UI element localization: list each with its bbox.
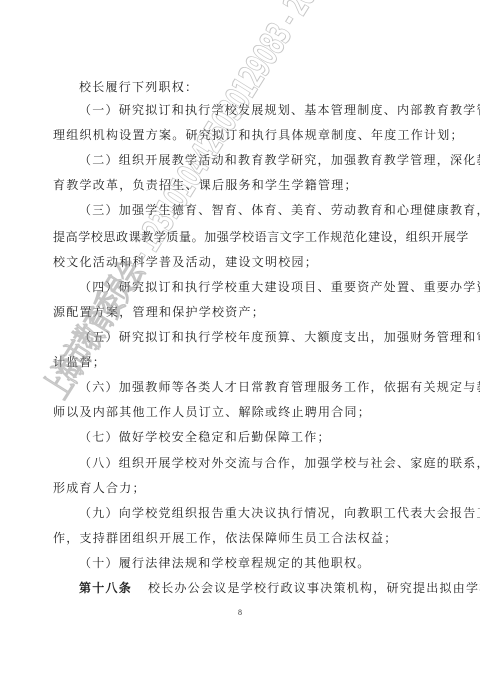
article-number: 第十八条 <box>79 581 132 595</box>
paragraph-line: （五）研究拟订和执行学校年度预算、大额度支出，加强财务管理和审 <box>79 328 480 346</box>
document-page: 校长履行下列职权： （一）研究拟订和执行学校发展规划、基本管理制度、内部教育教学… <box>0 0 480 679</box>
paragraph-line: （四）研究拟订和执行学校重大建设项目、重要资产处置、重要办学资 <box>79 278 480 296</box>
paragraph-line: 作，支持群团组织开展工作，依法保障师生员工合法权益； <box>53 529 398 547</box>
paragraph-line: （九）向学校党组织报告重大决议执行情况，向教职工代表大会报告工 <box>79 504 480 522</box>
paragraph-line: 计监督； <box>53 353 106 371</box>
paragraph-line: 源配置方案，管理和保护学校资产； <box>53 303 265 321</box>
article-text: 校长办公会议是学校行政议事决策机构，研究提出拟由学校 <box>148 581 480 595</box>
paragraph-line: （三）加强学生德育、智育、体育、美育、劳动教育和心理健康教育， <box>79 201 480 219</box>
paragraph-line: （七）做好学校安全稳定和后勤保障工作； <box>79 428 331 446</box>
paragraph-line: 提高学校思政课教学质量。加强学校语言文字工作规范化建设，组织开展学 <box>53 228 469 246</box>
paragraph-line: 育教学改革，负责招生、课后服务和学生学籍管理； <box>53 176 358 194</box>
paragraph-line: 校长履行下列职权： <box>79 78 198 96</box>
paragraph-line: 形成育人合力； <box>53 479 146 497</box>
paragraph-line: （六）加强教师等各类人才日常教育管理服务工作，依据有关规定与教 <box>79 378 480 396</box>
paragraph-line: 理组织机构设置方案。研究拟订和执行具体规章制度、年度工作计划； <box>53 126 464 144</box>
paragraph-line: （十）履行法律法规和学校章程规定的其他职权。 <box>79 554 371 572</box>
paragraph-line: 师以及内部其他工作人员订立、解除或终止聘用合同； <box>53 403 371 421</box>
paragraph-line: （二）组织开展教学活动和教育教学研究，加强教育教学管理，深化教 <box>79 151 480 169</box>
paragraph-line: （一）研究拟订和执行学校发展规划、基本管理制度、内部教育教学管 <box>79 101 480 119</box>
paragraph-line: （八）组织开展学校对外交流与合作，加强学校与社会、家庭的联系， <box>79 454 480 472</box>
article-line: 第十八条校长办公会议是学校行政议事决策机构，研究提出拟由学校 <box>79 579 480 597</box>
paragraph-line: 校文化活动和科学普及活动，建设文明校园； <box>53 253 318 271</box>
page-number: 8 <box>0 608 480 617</box>
